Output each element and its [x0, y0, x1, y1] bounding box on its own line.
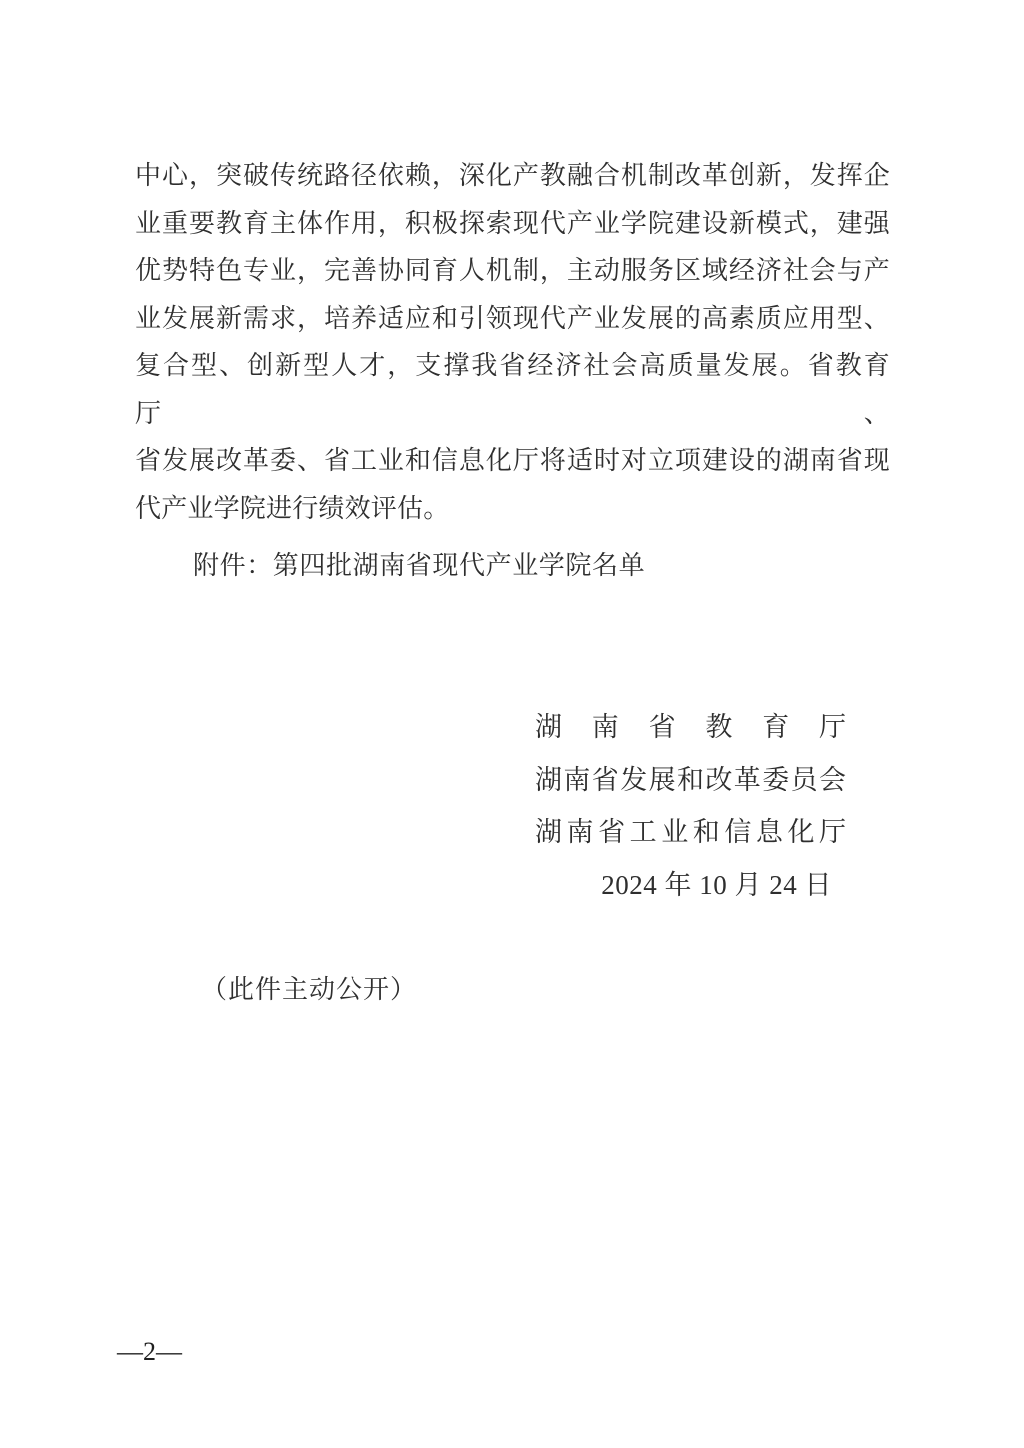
- body-line: 中心，突破传统路径依赖，深化产教融合机制改革创新，发挥企: [135, 152, 890, 200]
- signature-date: 2024 年 10 月 24 日: [535, 859, 846, 912]
- page-number: —2—: [117, 1336, 182, 1368]
- body-line: 省发展改革委、省工业和信息化厅将适时对立项建设的湖南省现: [135, 437, 890, 485]
- body-line: 优势特色专业，完善协同育人机制，主动服务区域经济社会与产: [135, 247, 890, 295]
- signature-agency-education: 湖南省教育厅: [535, 701, 846, 754]
- signature-agency-development-reform: 湖南省发展和改革委员会: [535, 754, 846, 807]
- body-line: 业发展新需求，培养适应和引领现代产业发展的高素质应用型、: [135, 295, 890, 343]
- signature-agency-industry-information: 湖南省工业和信息化厅: [535, 806, 846, 859]
- signature-block: 湖南省教育厅 湖南省发展和改革委员会 湖南省工业和信息化厅 2024 年 10 …: [535, 701, 846, 911]
- attachment-line: 附件：第四批湖南省现代产业学院名单: [193, 549, 645, 583]
- body-paragraph: 中心，突破传统路径依赖，深化产教融合机制改革创新，发挥企 业重要教育主体作用，积…: [135, 152, 890, 532]
- document-page: 中心，突破传统路径依赖，深化产教融合机制改革创新，发挥企 业重要教育主体作用，积…: [0, 0, 1024, 1448]
- body-line: 复合型、创新型人才，支撑我省经济社会高质量发展。省教育厅、: [135, 342, 890, 437]
- disclosure-note: （此件主动公开）: [201, 973, 417, 1007]
- body-line: 代产业学院进行绩效评估。: [135, 485, 890, 533]
- body-line: 业重要教育主体作用，积极探索现代产业学院建设新模式，建强: [135, 200, 890, 248]
